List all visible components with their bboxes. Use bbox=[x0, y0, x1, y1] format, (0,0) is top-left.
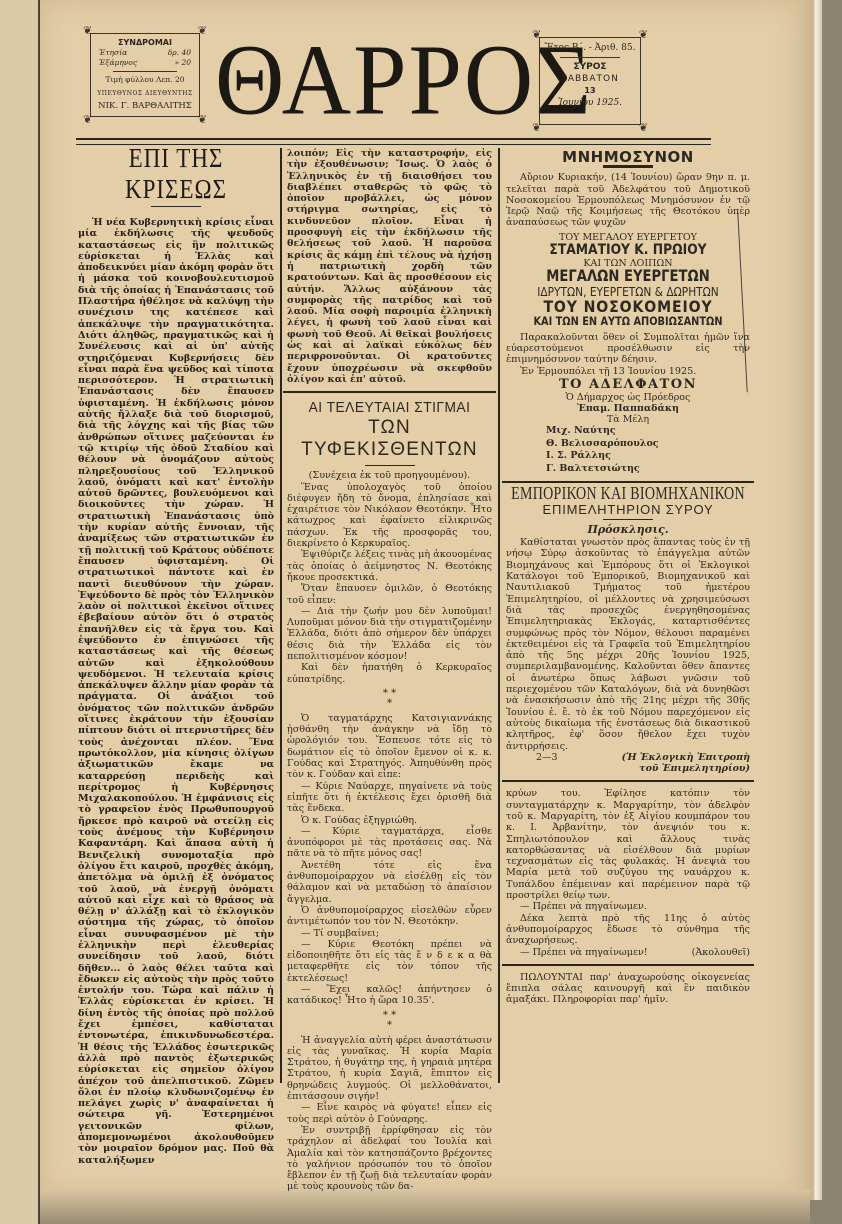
member-name: Θ. Βελισσαρόπουλος bbox=[546, 438, 750, 451]
story-headline-line1: ΑΙ ΤΕΛΕΥΤΑΙΑΙ ΣΤΙΓΜΑΙ bbox=[295, 399, 484, 417]
half-year-price: » 20 bbox=[174, 58, 191, 68]
story-paragraph: — Κύριε ταγματάρχα, εἶσθε ἀνυπόφοροι μὲ … bbox=[287, 826, 492, 860]
memorial-line: ΤΟΥ ΝΟΣΟΚΟΜΕΙΟΥ bbox=[521, 299, 736, 314]
story-paragraph: Καὶ δὲν ἠπατήθη ὁ Κερκυραῖος εὐπατρίδης. bbox=[287, 662, 492, 685]
torn-bottom-edge bbox=[40, 1190, 810, 1224]
ornament-icon: ❦ bbox=[83, 114, 92, 125]
story-paragraph: Ὅταν ἔπαυσεν ὁμιλῶν, ὁ Θεοτόκης τοῦ εἶπε… bbox=[287, 583, 492, 606]
story-paragraph: Ὁ ταγματάρχης Κατσιγιαννάκης ᾐσθάνθη τὴν… bbox=[287, 713, 492, 781]
memorial-benefactor-name: ΣΤΑΜΑΤΙΟΥ Κ. ΠΡΩΙΟΥ bbox=[524, 243, 731, 258]
ornament-icon: ❦ bbox=[83, 25, 92, 36]
story-paragraph: Ὁ κ. Γούδας ἐξηγριώθη. bbox=[287, 815, 492, 826]
story-paragraph: Ἀνετέθη τότε εἰς ἕνα ἀνθυπομοίραρχον νὰ … bbox=[287, 860, 492, 905]
column-divider bbox=[498, 148, 500, 1083]
story-paragraph: — Ἔχει καλῶς! ἀπήντησεν ὁ κατάδικος! Ἦτο… bbox=[287, 984, 492, 1007]
notice-reference: 2—3 bbox=[506, 752, 558, 775]
section-rule bbox=[283, 391, 496, 393]
memorial-signatory: ΤΟ ΑΔΕΛΦΑΤΟΝ bbox=[506, 379, 750, 390]
half-year-label: Ἑξάμηνος bbox=[99, 58, 137, 68]
member-name: Μιχ. Ναύτης bbox=[546, 425, 750, 438]
director-name: ΝΙΚ. Γ. ΒΑΡΘΑΛΙΤΗΣ bbox=[91, 101, 199, 111]
section-rule bbox=[502, 964, 754, 966]
issue-box: ❦ ❦ ❦ ❦ Ἔτος Β΄. - Ἀριθ. 85. ΣΥΡΟΣ ΣΑΒΒΑ… bbox=[539, 37, 641, 125]
story-note: (Συνέχεια ἐκ τοῦ προηγουμένου). bbox=[287, 470, 492, 481]
memorial-invite: Παρακαλοῦνται ὅθεν οἱ Συμπολῖται ἡμῶν ἵν… bbox=[506, 332, 750, 366]
chamber-headline: ΕΜΠΟΡΙΚΟΝ ΚΑΙ ΒΙΟΜΗΧΑΝΙΚΟΝ bbox=[506, 488, 750, 502]
subscriptions-heading: ΣΥΝΔΡΟΜΑΙ bbox=[91, 38, 199, 48]
chamber-signature: (Ἡ Ἐκλογικὴ Ἐπιτροπὴ τοῦ Ἐπιμελητηρίου) bbox=[600, 752, 750, 775]
chamber-subheadline: ΕΠΙΜΕΛΗΤΗΡΙΟΝ ΣΥΡΟΥ bbox=[506, 504, 750, 515]
member-name: Γ. Βαλτετσιώτης bbox=[546, 463, 750, 476]
issue-place: ΣΥΡΟΣ bbox=[540, 61, 640, 73]
chamber-notice-text: Καθίσταται γνωστὸν πρὸς ἅπαντας τοὺς ἐν … bbox=[506, 537, 750, 752]
section-break-asterisks: * ** bbox=[287, 689, 492, 709]
members-label: Τὰ Μέλη bbox=[506, 414, 750, 425]
section-rule bbox=[502, 481, 754, 483]
headline-rule bbox=[151, 206, 201, 207]
story-paragraph: — Πρέπει νὰ πηγαίνωμεν. bbox=[506, 901, 750, 912]
story-paragraph: — Πρέπει νὰ πηγαίνωμεν! bbox=[506, 947, 648, 958]
continued-note: (Ἀκολουθεῖ) bbox=[692, 947, 750, 958]
editorial-continuation: λοιπόν; Εἰς τὴν καταστροφήν, εἰς τὴν ἐξο… bbox=[287, 148, 492, 385]
story-paragraph: — Διὰ τὴν ζωήν μου δὲν λυποῦμαι! Λυποῦμα… bbox=[287, 606, 492, 662]
chamber-signature-row: 2—3 (Ἡ Ἐκλογικὴ Ἐπιτροπὴ τοῦ Ἐπιμελητηρί… bbox=[506, 752, 750, 775]
page-stack-edge bbox=[800, 0, 822, 1200]
director-label: ΥΠΕΥΘΥΝΟΣ ΔΙΕΥΘΥΝΤΗΣ bbox=[91, 89, 199, 99]
story-paragraph: Ἐψιθύριζε λέξεις τινὰς μὴ ἀκουομένας τὰς… bbox=[287, 549, 492, 583]
story-paragraph: Ἐν συντριβῇ ἐρρίφθησαν εἰς τὸν τράχηλον … bbox=[287, 1125, 492, 1193]
issue-number: Ἔτος Β΄. - Ἀριθ. 85. bbox=[540, 42, 640, 54]
memorial-line: ΚΑΙ ΤΩΝ ΕΝ ΑΥΤΩ ΑΠΟΒΙΩΣΑΝΤΩΝ bbox=[524, 314, 731, 329]
editorial-text: Ἡ νέα Κυβερνητικὴ κρίσις εἶναι μία ἐκδήλ… bbox=[78, 217, 274, 1166]
classified-ad: ΠΩΛΟΥΝΤΑΙ παρ' ἀναχωρούσης οἰκογενείας ἔ… bbox=[506, 972, 750, 1006]
yearly-price: δρ. 40 bbox=[168, 48, 191, 58]
story-headline-line2: ΤΩΝ ΤΥΦΕΚΙΣΘΕΝΤΩΝ bbox=[287, 417, 492, 461]
right-column: ΜΝΗΜΟΣΥΝΟΝ Αὔριον Κυριακήν, (14 Ἰουνίου)… bbox=[506, 148, 750, 1006]
story-paragraph: — Κύριε Θεοτόκη πρέπει νὰ εἰδοποιηθῆτε ὅ… bbox=[287, 939, 492, 984]
yearly-label: Ἐτησία bbox=[99, 48, 127, 58]
yearly-price-row: Ἐτησία δρ. 40 bbox=[91, 48, 199, 58]
member-name: Ι. Σ. Ράλλης bbox=[546, 450, 750, 463]
ornament-icon: ❦ bbox=[532, 122, 541, 133]
ornament-icon: ❦ bbox=[639, 29, 648, 40]
subscription-box: ❦ ❦ ❦ ❦ ΣΥΝΔΡΟΜΑΙ Ἐτησία δρ. 40 Ἑξάμηνος… bbox=[90, 33, 200, 117]
ornament-icon: ❦ bbox=[532, 29, 541, 40]
section-break-asterisks: * ** bbox=[287, 1011, 492, 1031]
mayor-label: Ὁ Δήμαρχος ὡς Πρόεδρος bbox=[506, 392, 750, 403]
column-divider bbox=[280, 148, 282, 1083]
middle-column: λοιπόν; Εἰς τὴν καταστροφήν, εἰς τὴν ἐξο… bbox=[287, 148, 492, 1193]
newspaper-title: ΘΑΡΡΟΣ bbox=[215, 33, 535, 128]
memorial-date: Ἐν Ἑρμουπόλει τῇ 13 Ἰουνίου 1925. bbox=[506, 366, 750, 377]
story-end-row: — Πρέπει νὰ πηγαίνωμεν! (Ἀκολουθεῖ) bbox=[506, 947, 750, 958]
issue-date: Ἰουνίου 1925. bbox=[540, 97, 640, 109]
story-paragraph: Ὁ ἀνθυπομοίραρχος εἰσελθὼν εὗρεν ἀντιμέτ… bbox=[287, 905, 492, 928]
headline-rule bbox=[365, 465, 415, 466]
ornament-icon: ❦ bbox=[639, 122, 648, 133]
memorial-headline: ΜΝΗΜΟΣΥΝΟΝ bbox=[506, 152, 750, 163]
editorial-headline: ΕΠΙ ΤΗΣ ΚΡΙΣΕΩΣ bbox=[78, 143, 274, 205]
sheet-price: Τιμὴ φύλλου Λεπ. 20 bbox=[91, 75, 199, 85]
masthead: ❦ ❦ ❦ ❦ ΣΥΝΔΡΟΜΑΙ Ἐτησία δρ. 40 Ἑξάμηνος… bbox=[82, 25, 712, 140]
story-paragraph: — Τί συμβαίνει; bbox=[287, 928, 492, 939]
adjacent-page-edge bbox=[0, 0, 40, 1224]
half-year-price-row: Ἑξάμηνος » 20 bbox=[91, 58, 199, 68]
ornament-icon: ❦ bbox=[198, 25, 207, 36]
issue-day: ΣΑΒΒΑΤΟΝ bbox=[540, 73, 640, 85]
memorial-line: ΜΕΓΑΛΩΝ ΕΥΕΡΓΕΤΩΝ bbox=[524, 269, 731, 284]
story-paragraph: Ἡ ἀναγγελία αὐτὴ φέρει ἀναστάτωσιν εἰς τ… bbox=[287, 1035, 492, 1103]
story-paragraph: Δέκα λεπτὰ πρὸ τῆς 11ης ὁ αὐτὸς ἀνθυπομο… bbox=[506, 913, 750, 947]
chamber-notice-title: Πρόσκλησις. bbox=[506, 524, 750, 535]
issue-date-number: 13 bbox=[540, 85, 640, 97]
story-paragraph: — Εἶνε καιρὸς νὰ φύγατε! εἶπεν εἰς τοὺς … bbox=[287, 1102, 492, 1125]
members-list: Μιχ. Ναύτης Θ. Βελισσαρόπουλος Ι. Σ. Ράλ… bbox=[506, 425, 750, 475]
section-rule bbox=[502, 780, 754, 782]
editorial-column: ΕΠΙ ΤΗΣ ΚΡΙΣΕΩΣ Ἡ νέα Κυβερνητικὴ κρίσις… bbox=[78, 148, 274, 1166]
mayor-name: Ἐπαμ. Παππαδάκη bbox=[506, 403, 750, 414]
ornament-icon: ❦ bbox=[198, 114, 207, 125]
story-continuation: κρύων του. Ἐφίλησε κατόπιν τὸν συνταγματ… bbox=[506, 788, 750, 901]
story-paragraph: — Κύριε Ναύαρχε, πηγαίνετε νὰ τοὺς εἰπῆτ… bbox=[287, 781, 492, 815]
headline-rule bbox=[603, 519, 653, 520]
memorial-intro: Αὔριον Κυριακήν, (14 Ἰουνίου) ὥραν 9ην π… bbox=[506, 172, 750, 228]
story-paragraph: Ἕνας ὑπολοχαγὸς τοῦ ὁποίου διέφυγεν ἤδη … bbox=[287, 482, 492, 550]
